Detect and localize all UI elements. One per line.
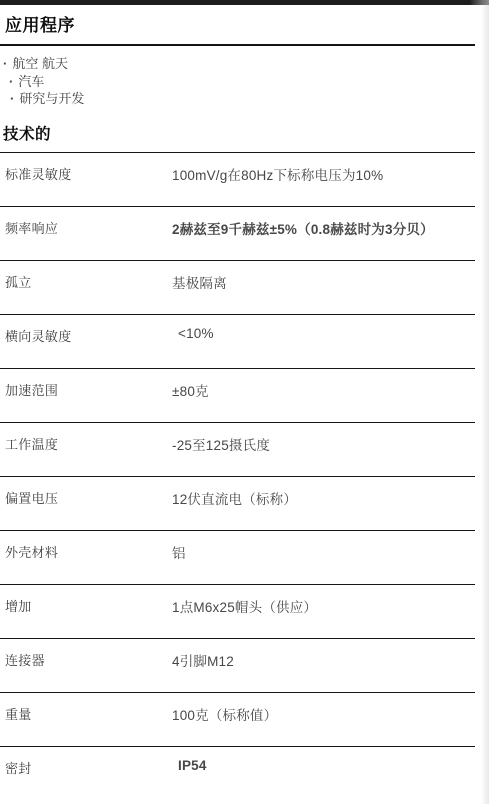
spec-row: 密封 IP54	[0, 746, 475, 800]
specs-title: 技术的	[0, 125, 489, 145]
spec-value: 基极隔离	[172, 272, 475, 292]
spec-row: 连接器 4引脚M12	[0, 638, 475, 692]
spec-row: 工作温度 -25至125摄氏度	[0, 422, 475, 476]
spec-label: 偏置电压	[0, 488, 172, 507]
spec-value: 铝	[172, 542, 475, 562]
spec-row: 孤立 基极隔离	[0, 260, 475, 314]
spec-row: 频率响应 2赫兹至9千赫兹±5%（0.8赫兹时为3分贝）	[0, 206, 475, 260]
list-item-text: 汽车	[18, 74, 44, 89]
spec-row: 外壳材料 铝	[0, 530, 475, 584]
spec-value: -25至125摄氏度	[172, 434, 475, 454]
spec-value: 12伏直流电（标称）	[172, 488, 475, 508]
spec-table: 标准灵敏度 100mV/g在80Hz下标称电压为10% 频率响应 2赫兹至9千赫…	[0, 152, 475, 800]
spec-label: 加速范围	[0, 380, 172, 399]
applications-title: 应用程序	[0, 15, 489, 37]
spec-label: 孤立	[0, 272, 172, 291]
page-edge-shadow	[481, 0, 489, 804]
spec-label: 密封	[0, 758, 172, 777]
page: 应用程序 航空 航天 汽车 研究与开发 技术的 标准灵敏度 100mV/g在80…	[0, 0, 489, 804]
spec-label: 增加	[0, 596, 172, 615]
spec-value: 100克（标称值）	[172, 704, 475, 724]
spec-row: 偏置电压 12伏直流电（标称）	[0, 476, 475, 530]
spec-row: 重量 100克（标称值）	[0, 692, 475, 746]
spec-label: 连接器	[0, 650, 172, 669]
list-item: 航空 航天	[0, 55, 489, 73]
spec-value: 2赫兹至9千赫兹±5%（0.8赫兹时为3分贝）	[172, 218, 475, 238]
list-item: 汽车	[0, 73, 489, 91]
spec-label: 外壳材料	[0, 542, 172, 561]
spec-value: IP54	[172, 758, 475, 773]
spec-row: 横向灵敏度 <10%	[0, 314, 475, 368]
applications-divider	[0, 44, 475, 46]
spec-row: 标准灵敏度 100mV/g在80Hz下标称电压为10%	[0, 152, 475, 206]
spec-value: 4引脚M12	[172, 650, 475, 670]
applications-list: 航空 航天 汽车 研究与开发	[0, 55, 489, 108]
top-bar	[0, 0, 489, 5]
list-item: 研究与开发	[0, 90, 489, 108]
spec-value: 100mV/g在80Hz下标称电压为10%	[172, 164, 475, 184]
list-item-text: 研究与开发	[19, 91, 84, 106]
spec-label: 工作温度	[0, 434, 172, 453]
spec-value: ±80克	[172, 380, 475, 400]
spec-label: 重量	[0, 704, 172, 723]
spec-row: 加速范围 ±80克	[0, 368, 475, 422]
spec-value: <10%	[172, 326, 475, 341]
list-item-text: 航空 航天	[12, 56, 68, 71]
spec-label: 横向灵敏度	[0, 326, 172, 345]
spec-row: 增加 1点M6x25帽头（供应）	[0, 584, 475, 638]
spec-label: 标准灵敏度	[0, 164, 172, 183]
spec-value: 1点M6x25帽头（供应）	[172, 596, 475, 616]
spec-label: 频率响应	[0, 218, 172, 237]
